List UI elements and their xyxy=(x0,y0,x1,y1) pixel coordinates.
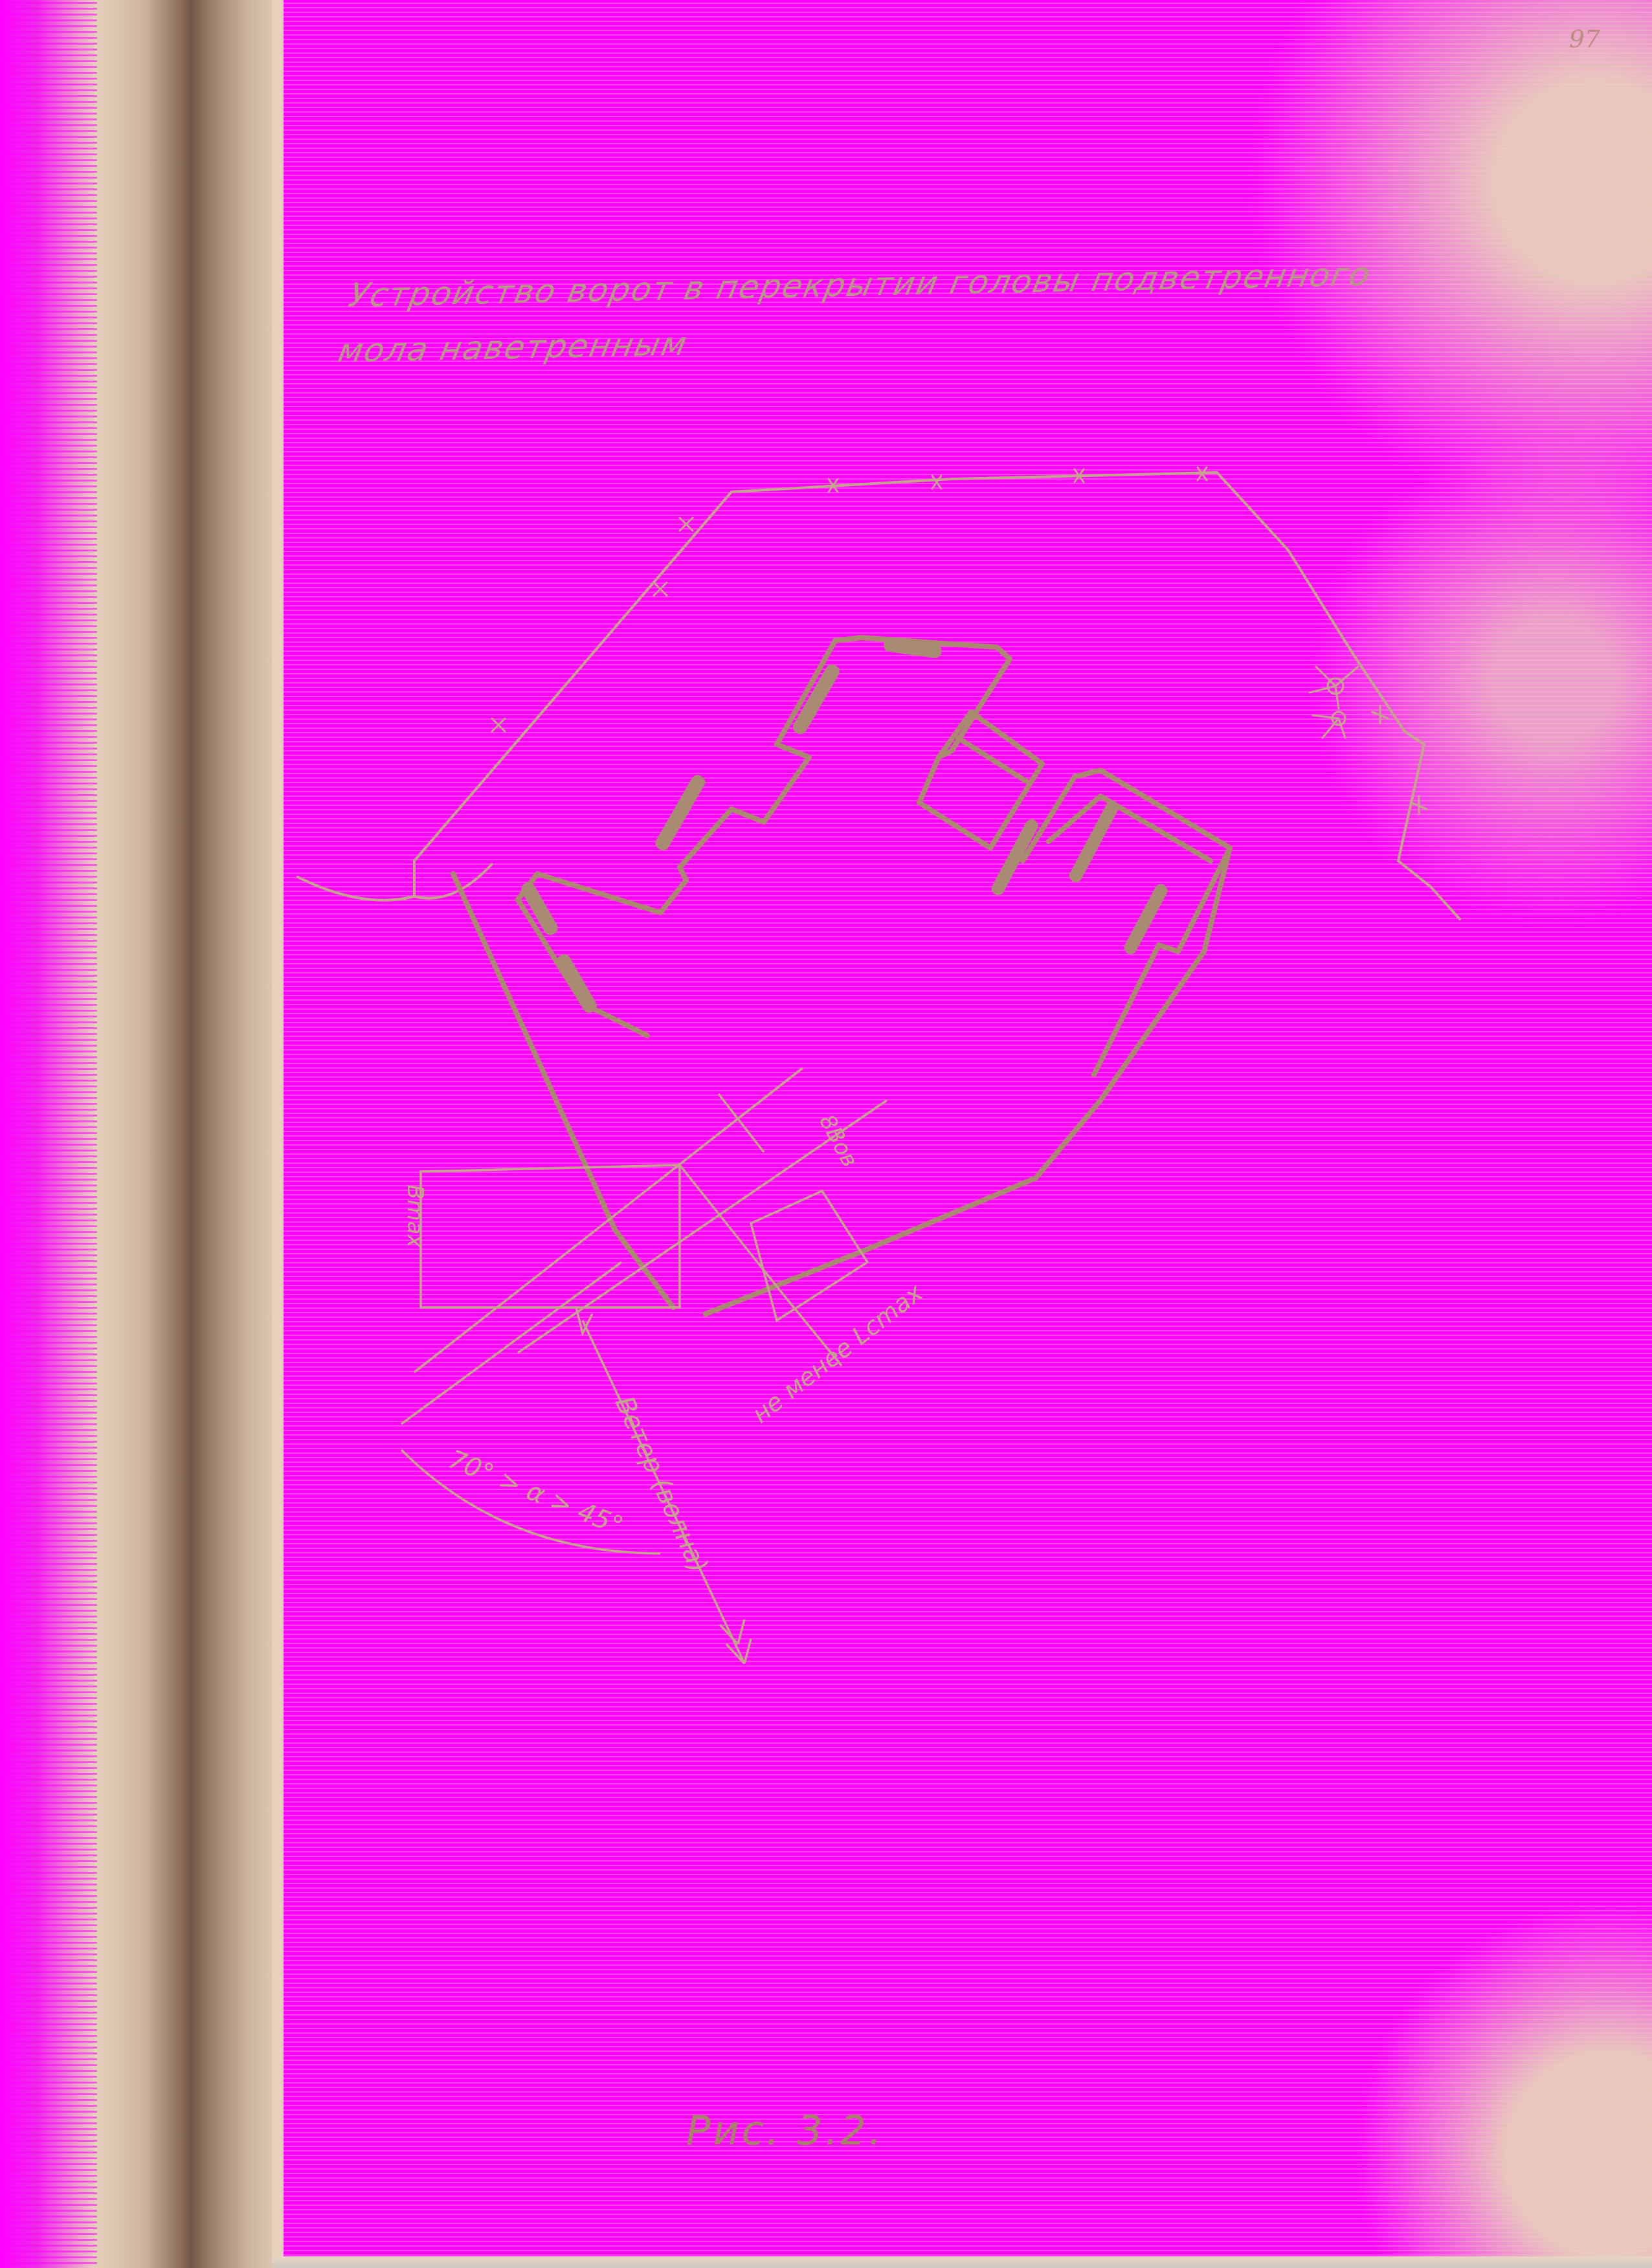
mole-leeward xyxy=(453,874,673,1307)
min-length-label: не менее Lcmax xyxy=(746,1278,928,1429)
entrance-axis-1 xyxy=(414,1068,803,1372)
compass-marks xyxy=(1310,667,1358,738)
page-bottom-edge xyxy=(272,2256,1652,2268)
basin-wall-west-stepped xyxy=(518,641,835,913)
coastline-left xyxy=(298,861,414,900)
angle-condition-label: 70° > α > 45° xyxy=(444,1445,627,1542)
pier-2 xyxy=(1023,770,1230,951)
entrance-width-label: 8Bов xyxy=(814,1110,863,1172)
entrance-axis-3 xyxy=(401,1262,621,1424)
survey-ticks xyxy=(492,467,1427,814)
max-width-label: Вmax xyxy=(402,1184,428,1248)
dimension-box-left xyxy=(421,1165,680,1307)
figure-caption: Рис. 3.2. xyxy=(686,2107,884,2154)
harbour-plan-figure: 8Bов Вmax не менее Lcmax 70° > α > 45° В… xyxy=(0,0,1652,2268)
figure-annotations: 8Bов Вmax не менее Lcmax 70° > α > 45° В… xyxy=(402,1110,928,1577)
mole-leeward-inner xyxy=(518,900,647,1036)
wind-direction-label: Ветер (волна) xyxy=(609,1392,713,1577)
coastline-boundary xyxy=(414,472,1460,919)
